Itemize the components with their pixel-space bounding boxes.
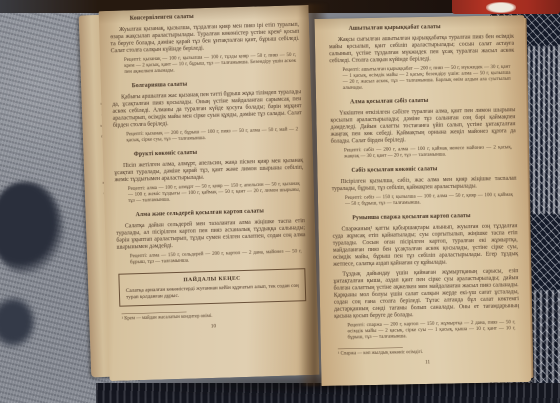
recipe-section: Румынша спаржа қосылған картоп салаты Сп… xyxy=(332,212,519,341)
recipe-body: Салатқа дайын сельдерей мен тазаланған а… xyxy=(116,217,306,251)
recipe-body: Үккіштен өткізілген сәбізге туралған алм… xyxy=(330,106,516,145)
recipe-section: Алма қосылған сәбіз салаты Үккіштен өткі… xyxy=(330,96,516,160)
recipe-section: Сәбіз қосылған көкөніс салаты Пісірілген… xyxy=(331,164,517,207)
recipe-ingredients: Рецепті: ашытылған қырыққабат — 200 г, п… xyxy=(342,64,510,91)
recipe-ingredients: Рецепті: қызанақ — 100 г, қызылша — 100 … xyxy=(124,52,296,75)
page-number-right: 11 xyxy=(335,358,520,367)
recipe-body: Пісіп жетілген алма, алмұрт, апельсин, ж… xyxy=(114,157,304,184)
recipe-body: Жуылған қызанақ, қызылша, тұздалған қияр… xyxy=(110,21,300,55)
photo-scene: — т гай еді мен бол қыз бес ат 19 ья Кон… xyxy=(0,0,560,403)
recipe-section: Алма және сельдерей қосылған картоп сала… xyxy=(116,207,307,266)
recipe-ingredients: Рецепті: алма — 100 г, алмұрт — 50 г, қи… xyxy=(128,181,300,204)
recipe-heading: Болгарияша салаты xyxy=(132,78,301,89)
recipe-ingredients: Рецепті: қызанақ — 200 г, бұрыш — 100 г,… xyxy=(126,126,298,143)
recipe-body: Спаржаның¹ қатты қабыршақтары алынып, жу… xyxy=(332,222,518,268)
page-number-left: 10 xyxy=(119,321,308,332)
recipe-body: Қабығы аршылған жас қызанақ пен тәтті бұ… xyxy=(112,88,302,129)
recipe-heading: Алма және сельдерей қосылған картоп сала… xyxy=(136,207,305,218)
recipe-body: Жақсы сығылған ашытылған қырыққабатқа ту… xyxy=(329,33,515,65)
right-page: Ашытылған қырыққабат салаты Жақсы сығылғ… xyxy=(314,15,531,386)
footnote-rule xyxy=(338,347,403,349)
recipe-ingredients: Рецепті: сәбіз — 200 г, алма — 100 г, қа… xyxy=(344,144,512,159)
footnote: ¹ Спаржа — көп жылдық көкөніс өсімдігі. xyxy=(338,348,520,356)
recipe-section: Болгарияша салаты Қабығы аршылған жас қы… xyxy=(112,78,303,144)
left-page-text: Консервіленген салаты Жуылған қызанақ, қ… xyxy=(110,10,308,331)
recipe-ingredients: Рецепті: спаржа — 200 г, картоп — 150 г,… xyxy=(347,319,515,340)
recipe-section: Ашытылған қырыққабат салаты Жақсы сығылғ… xyxy=(329,22,515,91)
recipe-heading: Сәбіз қосылған көкөніс салаты xyxy=(351,164,516,173)
recipe-heading: Ашытылған қырыққабат салаты xyxy=(349,22,514,31)
recipe-heading: Румынша спаржа қосылған картоп салаты xyxy=(352,212,517,221)
left-page: Консервіленген салаты Жуылған қызанақ, қ… xyxy=(99,5,320,381)
recipe-body: Тұздық дайындау үшін қайнаған жұмыртқаны… xyxy=(333,267,519,320)
recipe-section: Фрукті көкөніс салаты Пісіп жетілген алм… xyxy=(114,146,304,204)
right-page-text: Ашытылған қырыққабат салаты Жақсы сығылғ… xyxy=(329,22,521,366)
recipe-heading: Фрукті көкөніс салаты xyxy=(134,146,303,157)
recipe-heading: Консервіленген салаты xyxy=(130,10,299,21)
open-book: — т гай еді мен бол қыз бес ат 19 ья Кон… xyxy=(84,0,534,400)
recipe-section: Консервіленген салаты Жуылған қызанақ, қ… xyxy=(110,10,301,75)
tip-box-body: Салатқа арналған көкөністерді жуғаннан к… xyxy=(126,282,299,300)
recipe-heading: Алма қосылған сәбіз салаты xyxy=(350,96,515,105)
recipe-ingredients: Рецепті: сәбіз — 150 г, қызылша — 100 г,… xyxy=(345,192,513,207)
recipe-ingredients: Рецепті: алма — 150 г, сельдерей — 200 г… xyxy=(130,248,302,265)
recipe-body: Пісірілген қызылша, сәбіз, жас алма мен … xyxy=(332,175,517,193)
tip-box: ПАЙДАЛЫ КЕҢЕС Салатқа арналған көкөністе… xyxy=(118,268,306,307)
